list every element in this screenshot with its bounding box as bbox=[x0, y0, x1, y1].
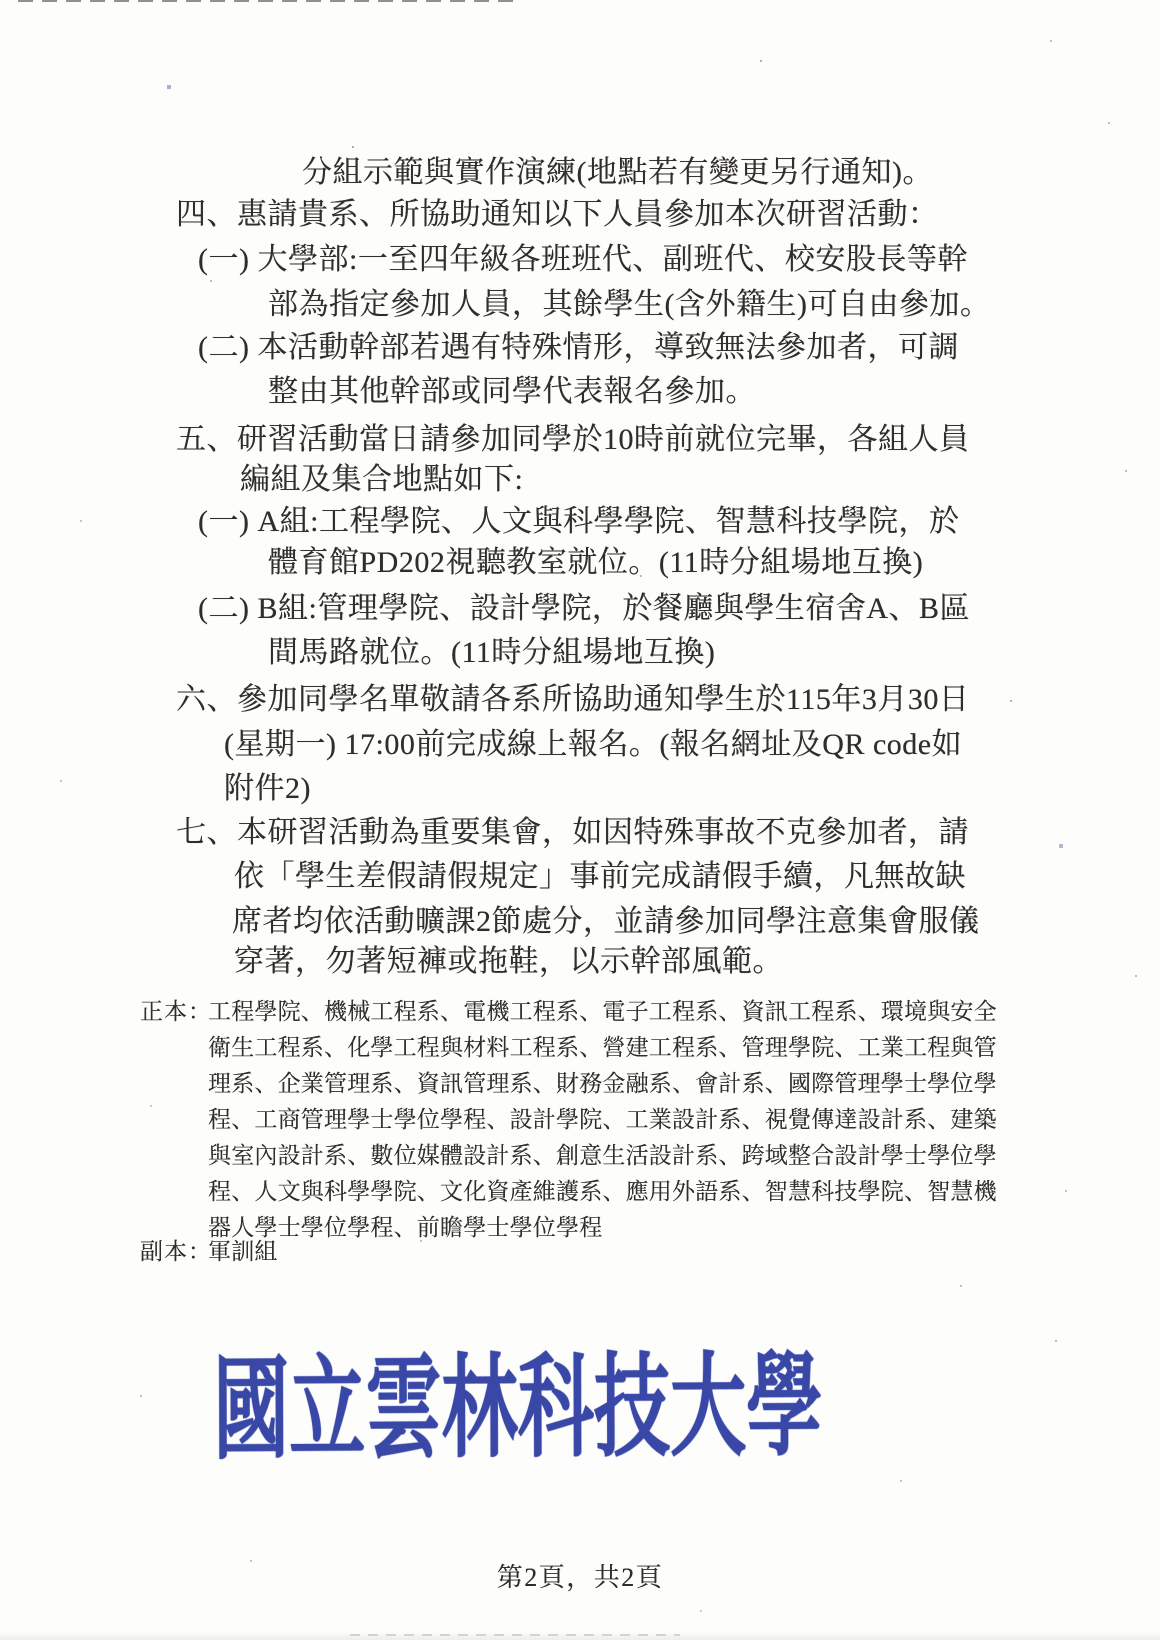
body-line-item-5-1: (一) A組:工程學院、人文與科學學院、智慧科技學院，於 bbox=[198, 503, 959, 541]
body-line-item-6: 六、參加同學名單敬請各系所協助通知學生於115年3月30日 bbox=[176, 681, 969, 719]
original-recipients-line: 衛生工程系、化學工程與材料工程系、營建工程系、管理學院、工業工程與管 bbox=[208, 1033, 997, 1063]
body-line-item-4-1: (一) 大學部:一至四年級各班班代、副班代、校安股長等幹 bbox=[198, 241, 968, 279]
scan-artifact-bottom-band bbox=[0, 1632, 1160, 1640]
page-number-footer: 第2頁，共2頁 bbox=[0, 1557, 1160, 1594]
copy-recipients-label: 副本： bbox=[140, 1237, 212, 1267]
body-line-item-5-2: (二) B組:管理學院、設計學院，於餐廳與學生宿舍A、B區 bbox=[198, 590, 970, 628]
original-recipients-line: 工程學院、機械工程系、電機工程系、電子工程系、資訊工程系、環境與安全 bbox=[208, 997, 997, 1027]
original-recipients-line: 與室內設計系、數位媒體設計系、創意生活設計系、跨域整合設計學士學位學 bbox=[208, 1141, 997, 1171]
university-stamp: 國立雲林科技大學 bbox=[213, 1350, 833, 1474]
body-line-item-5: 五、研習活動當日請參加同學於10時前就位完畢，各組人員 bbox=[176, 421, 970, 459]
body-line: (星期一) 17:00前完成線上報名。(報名網址及QR code如 bbox=[224, 726, 962, 764]
body-line: 編組及集合地點如下: bbox=[240, 461, 523, 499]
body-line: 依「學生差假請假規定」事前完成請假手續，凡無故缺 bbox=[234, 858, 966, 896]
body-line: 部為指定參加人員，其餘學生(含外籍生)可自由參加。 bbox=[268, 286, 990, 324]
body-line: 間馬路就位。(11時分組場地互換) bbox=[268, 634, 715, 672]
original-recipients-label: 正本： bbox=[140, 997, 212, 1027]
body-line: 整由其他幹部或同學代表報名參加。 bbox=[268, 373, 756, 411]
scan-noise-speckles bbox=[0, 0, 2, 2]
body-line-item-4: 四、惠請貴系、所協助通知以下人員參加本次研習活動： bbox=[176, 196, 939, 234]
body-line: 席者均依活動曠課2節處分，並請參加同學注意集會服儀 bbox=[232, 903, 980, 941]
scan-artifact-top-edge bbox=[18, 0, 518, 2]
university-stamp-text: 國立雲林科技大學 bbox=[213, 1346, 823, 1472]
original-recipients-line: 理系、企業管理系、資訊管理系、財務金融系、會計系、國際管理學士學位學 bbox=[208, 1069, 997, 1099]
body-line: 體育館PD202視聽教室就位。(11時分組場地互換) bbox=[268, 544, 923, 582]
scanned-document-page: 分組示範與實作演練(地點若有變更另行通知)。 四、惠請貴系、所協助通知以下人員參… bbox=[0, 0, 1160, 1640]
body-line: 分組示範與實作演練(地點若有變更另行通知)。 bbox=[302, 154, 933, 192]
copy-recipients-value: 軍訓組 bbox=[208, 1237, 278, 1267]
original-recipients-line: 程、工商管理學士學位學程、設計學院、工業設計系、視覺傳達設計系、建築 bbox=[208, 1105, 997, 1135]
body-line: 附件2) bbox=[224, 770, 311, 808]
body-line-item-4-2: (二) 本活動幹部若遇有特殊情形，導致無法參加者，可調 bbox=[198, 329, 959, 367]
body-line: 穿著，勿著短褲或拖鞋，以示幹部風範。 bbox=[234, 943, 783, 981]
body-line-item-7: 七、本研習活動為重要集會，如因特殊事故不克參加者，請 bbox=[176, 814, 969, 852]
original-recipients-line: 程、人文與科學學院、文化資產維護系、應用外語系、智慧科技學院、智慧機 bbox=[208, 1177, 997, 1207]
